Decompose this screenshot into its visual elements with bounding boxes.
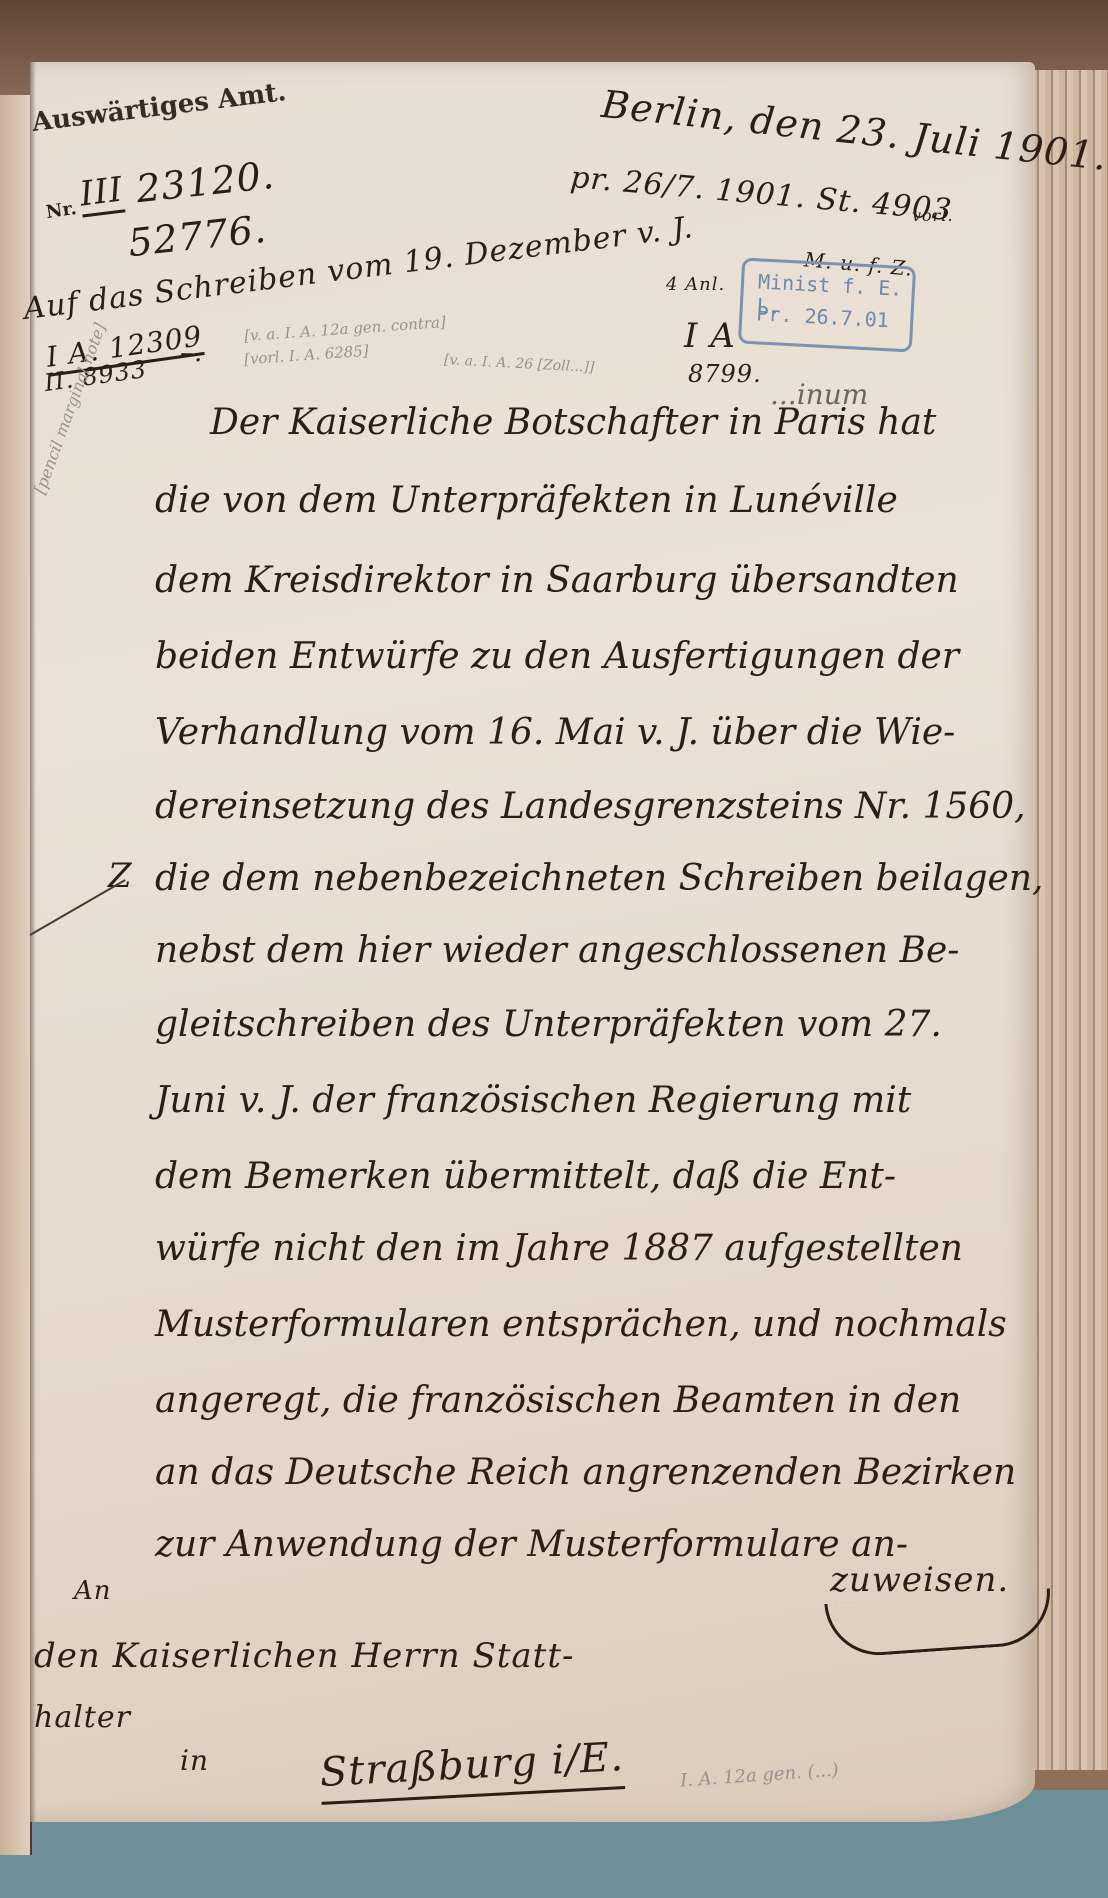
body-line: die dem nebenbezeichneten Schreiben beil… (155, 858, 1043, 899)
enclosures-note: 4 Anl. (666, 274, 725, 295)
addressee-in: in (180, 1744, 209, 1777)
margin-mark: Z (108, 856, 133, 896)
body-line: nebst dem hier wieder angeschlossenen Be… (155, 930, 959, 971)
body-line: beiden Entwürfe zu den Ausfertigungen de… (155, 636, 959, 677)
addressee-to: An (74, 1576, 112, 1606)
reference-letter-dash: –. (180, 338, 203, 368)
body-line: Verhandlung vom 16. Mai v. J. über die W… (155, 712, 955, 753)
received-note: vorl. (912, 206, 954, 225)
body-line: Juni v. J. der französischen Regierung m… (155, 1080, 911, 1121)
body-line: dereinsetzung des Landesgrenzsteins Nr. … (155, 786, 1026, 827)
addressee-line-1: den Kaiserlichen Herrn Statt- (34, 1636, 575, 1676)
addressee-line-2: halter (34, 1700, 131, 1735)
body-line: gleitschreiben des Unterpräfekten vom 27… (155, 1004, 942, 1045)
book-page-edges (1030, 70, 1108, 1770)
body-line: dem Kreisdirektor in Saarburg übersandte… (155, 560, 959, 601)
body-line: dem Bemerken übermittelt, daß die Ent- (155, 1156, 896, 1197)
body-line: zur Anwendung der Musterformulare an- (155, 1524, 908, 1565)
body-line: angeregt, die französischen Beamten in d… (155, 1380, 961, 1421)
ministry-received-stamp: Minist f. E. L. Pr. 26.7.01 (738, 258, 916, 353)
facing-page-edge (0, 95, 32, 1855)
body-line: Der Kaiserliche Botschafter in Paris hat (210, 402, 936, 443)
registry-division: I A (684, 316, 736, 356)
body-line: an das Deutsche Reich angrenzenden Bezir… (155, 1452, 1016, 1493)
body-line: würfe nicht den im Jahre 1887 aufgestell… (155, 1228, 963, 1269)
registry-number: 8799. (688, 360, 762, 388)
body-line: die von dem Unterpräfekten in Lunéville (155, 480, 898, 521)
reference-prefix: Nr. (45, 198, 78, 223)
reference-division: III (78, 170, 126, 218)
body-line: Musterformularen entsprächen, und nochma… (155, 1304, 1007, 1345)
